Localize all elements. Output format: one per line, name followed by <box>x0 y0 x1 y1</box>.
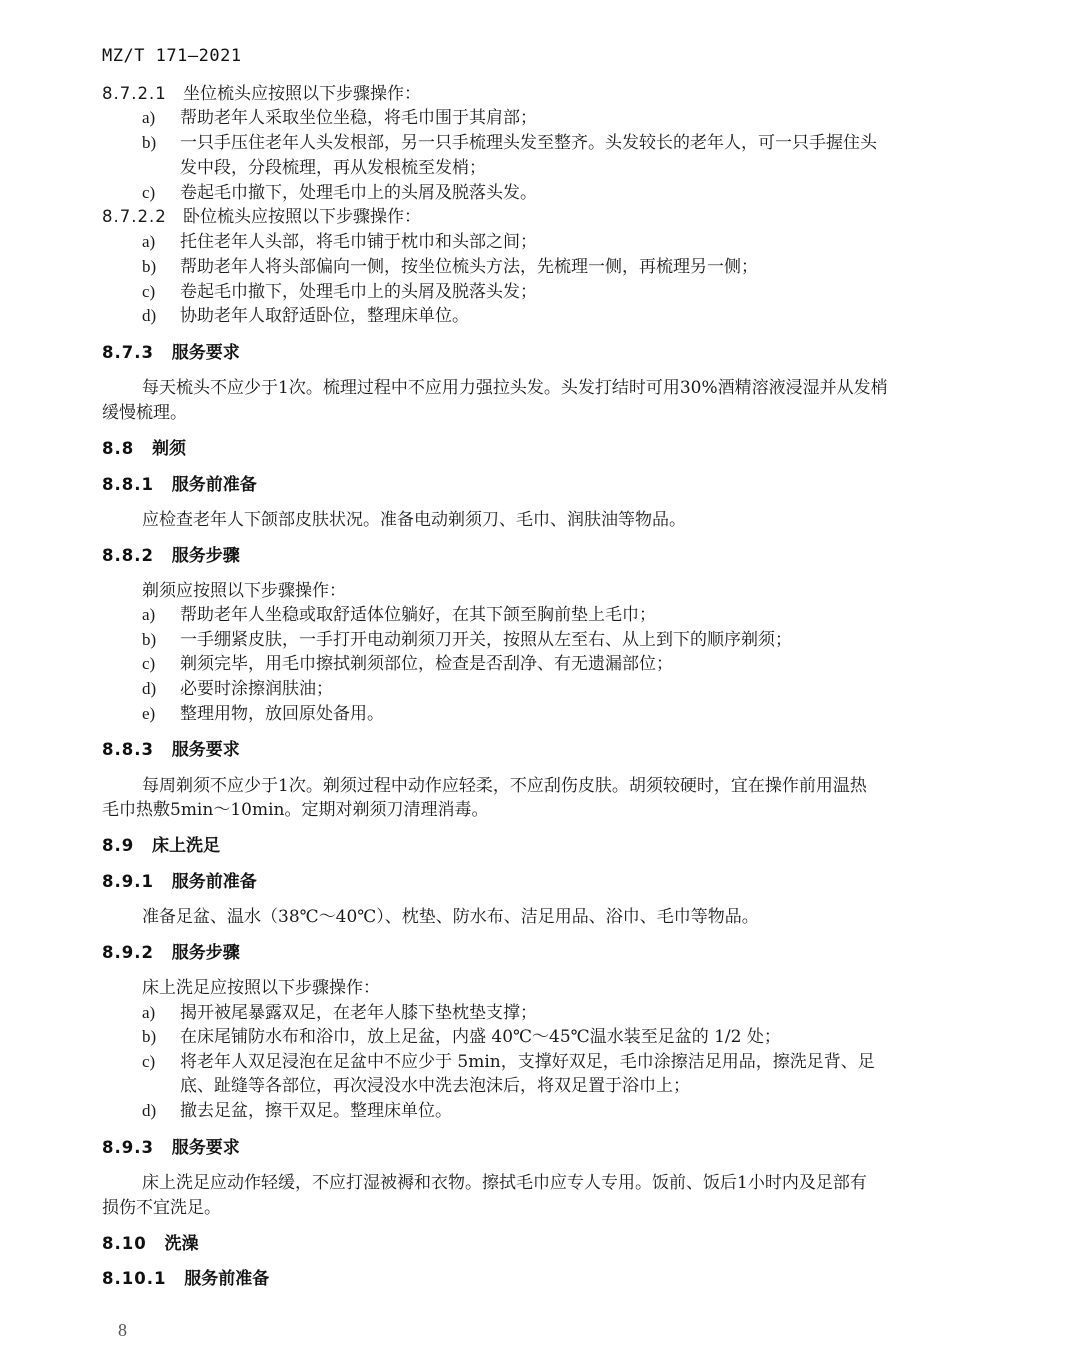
list-item: a)帮助老年人坐稳或取舒适体位躺好，在其下颌至胸前垫上毛巾； <box>142 603 656 627</box>
clause-8-7-2-1: 8.7.2.1 坐位梳头应按照以下步骤操作： <box>102 82 421 106</box>
paragraph: 剃须应按照以下步骤操作： <box>142 579 346 603</box>
heading-8-7-3: 8.7.3 服务要求 <box>102 341 240 365</box>
list-item-continuation: 底、趾缝等各部位，再次浸没水中洗去泡沫后，将双足置于浴巾上； <box>180 1074 690 1098</box>
paragraph: 每周剃须不应少于1次。剃须过程中动作应轻柔，不应刮伤皮肤。胡须较硬时，宜在操作前… <box>142 774 867 798</box>
standard-id-header: MZ/T 171—2021 <box>102 46 242 66</box>
list-item: d)协助老年人取舒适卧位，整理床单位。 <box>142 304 469 328</box>
list-item: b)一手绷紧皮肤，一手打开电动剃须刀开关，按照从左至右、从上到下的顺序剃须； <box>142 628 792 652</box>
clause-number: 8.7.2.1 <box>102 84 167 103</box>
paragraph-continuation: 缓慢梳理。 <box>102 401 187 425</box>
paragraph: 准备足盆、温水（38℃～40℃）、枕垫、防水布、洁足用品、浴巾、毛巾等物品。 <box>142 905 759 929</box>
paragraph: 应检查老年人下颌部皮肤状况。准备电动剃须刀、毛巾、润肤油等物品。 <box>142 508 686 532</box>
list-item: b)在床尾铺防水布和浴巾，放上足盆，内盛 40℃～45℃温水装至足盆的 1/2 … <box>142 1025 781 1049</box>
page-number: 8 <box>118 1320 127 1341</box>
heading-8-9-3: 8.9.3 服务要求 <box>102 1136 240 1160</box>
heading-8-8-1: 8.8.1 服务前准备 <box>102 473 257 497</box>
list-item: a)托住老年人头部，将毛巾铺于枕巾和头部之间； <box>142 230 537 254</box>
clause-text: 坐位梳头应按照以下步骤操作： <box>183 84 421 104</box>
list-item: d)必要时涂擦润肤油； <box>142 677 333 701</box>
list-item: c)将老年人双足浸泡在足盆中不应少于 5min，支撑好双足，毛巾涂擦洁足用品，擦… <box>142 1050 875 1074</box>
list-item: a)帮助老年人采取坐位坐稳，将毛巾围于其肩部； <box>142 106 537 130</box>
heading-8-9-1: 8.9.1 服务前准备 <box>102 870 257 894</box>
paragraph: 床上洗足应动作轻缓，不应打湿被褥和衣物。擦拭毛巾应专人专用。饭前、饭后1小时内及… <box>142 1171 867 1195</box>
heading-8-10-1: 8.10.1 服务前准备 <box>102 1267 269 1291</box>
heading-8-8: 8.8 剃须 <box>102 437 186 461</box>
paragraph: 床上洗足应按照以下步骤操作： <box>142 976 380 1000</box>
list-item: c)卷起毛巾撤下，处理毛巾上的头屑及脱落头发。 <box>142 181 537 205</box>
heading-8-9: 8.9 床上洗足 <box>102 834 220 858</box>
list-item: e)整理用物，放回原处备用。 <box>142 702 384 726</box>
clause-8-7-2-2: 8.7.2.2 卧位梳头应按照以下步骤操作： <box>102 205 421 229</box>
heading-8-10: 8.10 洗澡 <box>102 1232 198 1256</box>
heading-8-9-2: 8.9.2 服务步骤 <box>102 941 240 965</box>
document-page: MZ/T 171—2021 8.7.2.1 坐位梳头应按照以下步骤操作： a)帮… <box>0 0 1080 1362</box>
list-item-continuation: 发中段，分段梳理，再从发根梳至发梢； <box>180 156 486 180</box>
paragraph: 每天梳头不应少于1次。梳理过程中不应用力强拉头发。头发打结时可用30%酒精溶液浸… <box>142 376 888 400</box>
list-item: a)揭开被尾暴露双足，在老年人膝下垫枕垫支撑； <box>142 1001 537 1025</box>
heading-8-8-2: 8.8.2 服务步骤 <box>102 544 240 568</box>
list-item: c)卷起毛巾撤下，处理毛巾上的头屑及脱落头发； <box>142 280 537 304</box>
heading-8-8-3: 8.8.3 服务要求 <box>102 738 240 762</box>
list-item: b)一只手压住老年人头发根部，另一只手梳理头发至整齐。头发较长的老年人，可一只手… <box>142 131 877 155</box>
list-item: d)撤去足盆，擦干双足。整理床单位。 <box>142 1099 452 1123</box>
list-item: c)剃须完毕，用毛巾擦拭剃须部位，检查是否刮净、有无遗漏部位； <box>142 652 673 676</box>
paragraph-continuation: 毛巾热敷5min～10min。定期对剃须刀清理消毒。 <box>102 798 488 822</box>
list-item: b)帮助老年人将头部偏向一侧，按坐位梳头方法，先梳理一侧，再梳理另一侧； <box>142 255 758 279</box>
paragraph-continuation: 损伤不宜洗足。 <box>102 1196 221 1220</box>
